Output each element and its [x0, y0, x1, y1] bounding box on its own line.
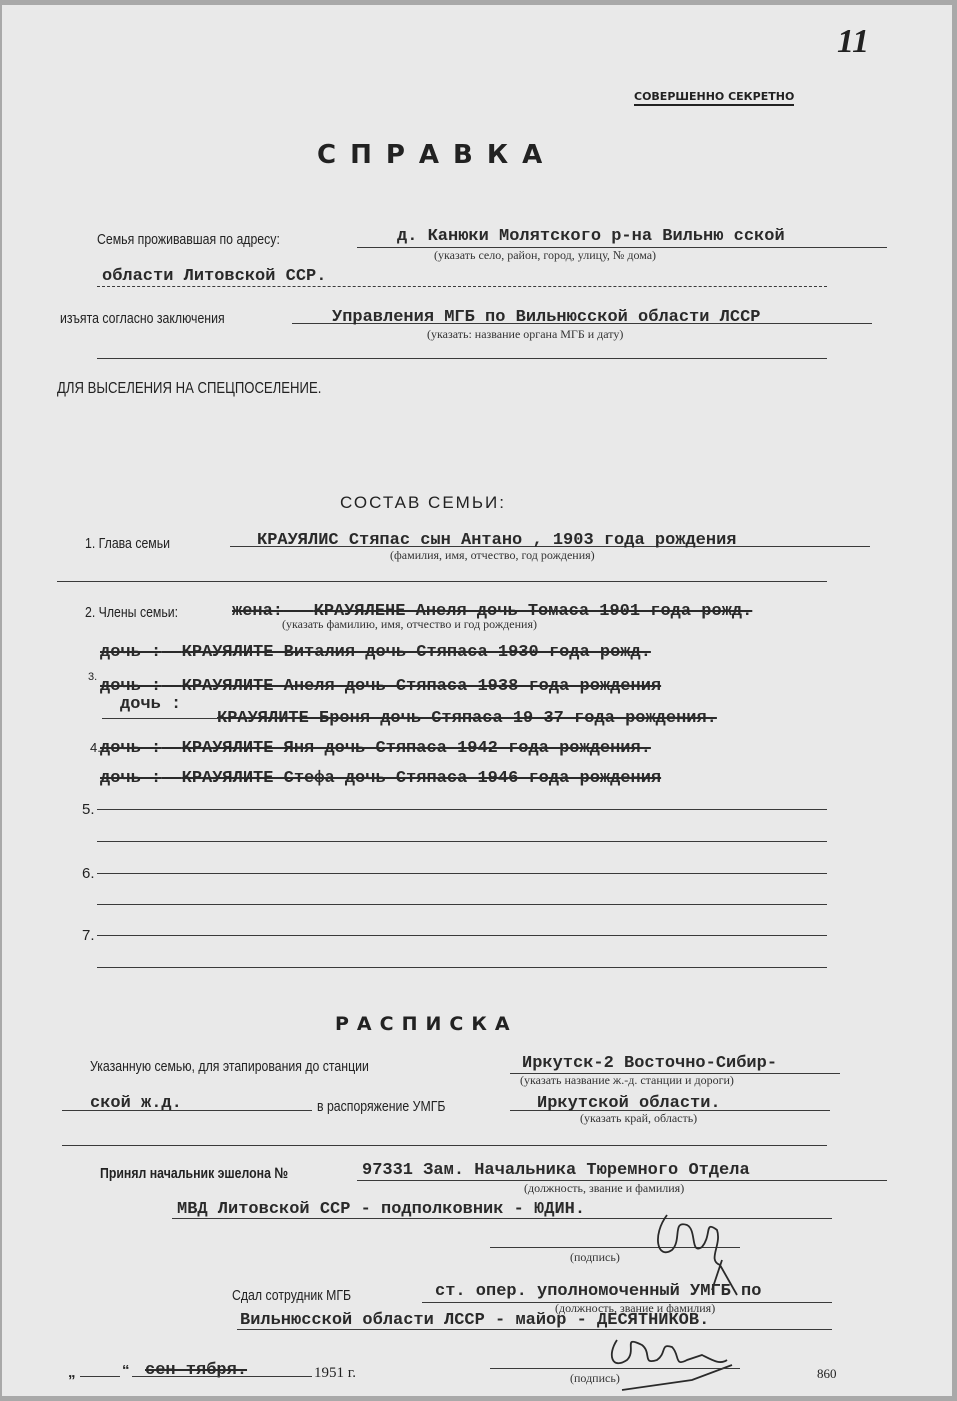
- family-head-label: 1. Глава семьи: [85, 535, 189, 552]
- member-relation: дочь :: [100, 643, 161, 662]
- member-row-4-leader: [102, 718, 222, 719]
- member-row-6: дочь : КРАУЯЛИТЕ Стефа дочь Стяпаса 1946…: [100, 769, 661, 788]
- address-line-2: [97, 286, 827, 287]
- empty-line-7a: [97, 935, 827, 936]
- empty-line-7b: [97, 967, 827, 968]
- document-title: СПРАВКА: [317, 140, 556, 170]
- date-quote-open: „: [68, 1364, 76, 1381]
- member-relation-4: дочь :: [120, 695, 181, 714]
- date-month: сен тября.: [145, 1361, 247, 1380]
- seized-line-2: [97, 358, 827, 359]
- umgb-hint: (указать край, область): [580, 1111, 697, 1126]
- member-relation: дочь :: [100, 677, 161, 696]
- member-text: КРАУЯЛЕНЕ Анеля дочь Томаса 1901 года ро…: [314, 602, 753, 621]
- receipt-title: РАСПИСКА: [335, 1013, 518, 1035]
- handed-label: Сдал сотрудник МГБ: [232, 1287, 377, 1304]
- address-value-2: области Литовской ССР.: [102, 267, 326, 286]
- member-row-1: жена: КРАУЯЛЕНЕ Анеля дочь Томаса 1901 г…: [232, 602, 752, 621]
- umgb-label: в распоряжение УМГБ: [317, 1098, 474, 1115]
- member-row-5: дочь : КРАУЯЛИТЕ Яня дочь Стяпаса 1942 г…: [100, 739, 651, 758]
- family-head-line-2: [57, 581, 827, 582]
- member-text: КРАУЯЛИТЕ Стефа дочь Стяпаса 1946 года р…: [182, 769, 661, 788]
- address-label: Семья проживавшая по адресу:: [97, 231, 320, 248]
- station-hint: (указать название ж.-д. станции и дороги…: [520, 1073, 734, 1088]
- umgb-line-2: [62, 1145, 827, 1146]
- station-value-1: Иркутск-2 Восточно-Сибир-: [522, 1054, 777, 1073]
- date-quote-close: “: [122, 1362, 130, 1379]
- purpose-text: ДЛЯ ВЫСЕЛЕНИЯ НА СПЕЦПОСЕЛЕНИЕ.: [57, 380, 379, 398]
- seized-hint: (указать: название органа МГБ и дату): [427, 327, 623, 342]
- address-hint: (указать село, район, город, улицу, № до…: [434, 248, 656, 263]
- document-page: 11 СОВЕРШЕННО СЕКРЕТНО СПРАВКА Семья про…: [2, 5, 952, 1396]
- accepted-label: Принял начальник эшелона №: [100, 1165, 329, 1182]
- member-row-2: дочь : КРАУЯЛИТЕ Виталия дочь Стяпаса 19…: [100, 643, 651, 662]
- seized-label: изъята согласно заключения: [60, 310, 261, 327]
- member-relation: дочь :: [100, 739, 161, 758]
- member-relation: жена:: [232, 602, 283, 621]
- member-number-6: 6.: [82, 865, 95, 882]
- member-row-4: КРАУЯЛИТЕ Броня дочь Стяпаса 19 37 года …: [217, 709, 717, 728]
- accepted-hint: (должность, звание и фамилия): [524, 1181, 684, 1196]
- signature-hint-2: (подпись): [570, 1371, 620, 1386]
- signature-hint-1: (подпись): [570, 1250, 620, 1265]
- family-heading: СОСТАВ СЕМЬИ:: [340, 493, 506, 513]
- member-number-3: 3.: [88, 671, 97, 683]
- form-number: 860: [817, 1366, 837, 1382]
- member-number-5: 5.: [82, 801, 95, 818]
- station-line-2: [62, 1110, 312, 1111]
- handed-value-1: ст. опер. уполномоченный УМГБ по: [435, 1282, 761, 1301]
- handwritten-page-number: 11: [837, 23, 869, 61]
- signature-scribble-2: [602, 1325, 762, 1395]
- seized-value: Управления МГБ по Вильнюсской области ЛС…: [332, 308, 760, 327]
- accepted-value-2: МВД Литовской ССР - подполковник - ЮДИН.: [177, 1200, 585, 1219]
- accepted-value-1: 97331 Зам. Начальника Тюремного Отдела: [362, 1161, 750, 1180]
- family-members-label: 2. Члены семьи:: [85, 604, 199, 621]
- empty-line-5a: [97, 809, 827, 810]
- date-month-line: [132, 1376, 312, 1377]
- signature-line-2: [490, 1368, 740, 1369]
- date-year: 1951 г.: [314, 1365, 356, 1382]
- address-value-1: д. Канюки Молятского р-на Вильню сской: [397, 227, 785, 246]
- member-text: КРАУЯЛИТЕ Яня дочь Стяпаса 1942 года рож…: [182, 739, 651, 758]
- member-text: КРАУЯЛИТЕ Виталия дочь Стяпаса 1930 года…: [182, 643, 651, 662]
- member-text: КРАУЯЛИТЕ Анеля дочь Стяпаса 1938 года р…: [182, 677, 661, 696]
- date-day-line: [80, 1376, 120, 1377]
- station-label: Указанную семью, для этапирования до ста…: [90, 1058, 430, 1075]
- empty-line-6a: [97, 873, 827, 874]
- empty-line-5b: [97, 841, 827, 842]
- member-row-3: дочь : КРАУЯЛИТЕ Анеля дочь Стяпаса 1938…: [100, 677, 661, 696]
- member-relation: дочь :: [100, 769, 161, 788]
- member-number-7: 7.: [82, 927, 95, 944]
- classification-stamp: СОВЕРШЕННО СЕКРЕТНО: [634, 90, 794, 106]
- family-head-hint: (фамилия, имя, отчество, год рождения): [390, 548, 595, 563]
- empty-line-6b: [97, 904, 827, 905]
